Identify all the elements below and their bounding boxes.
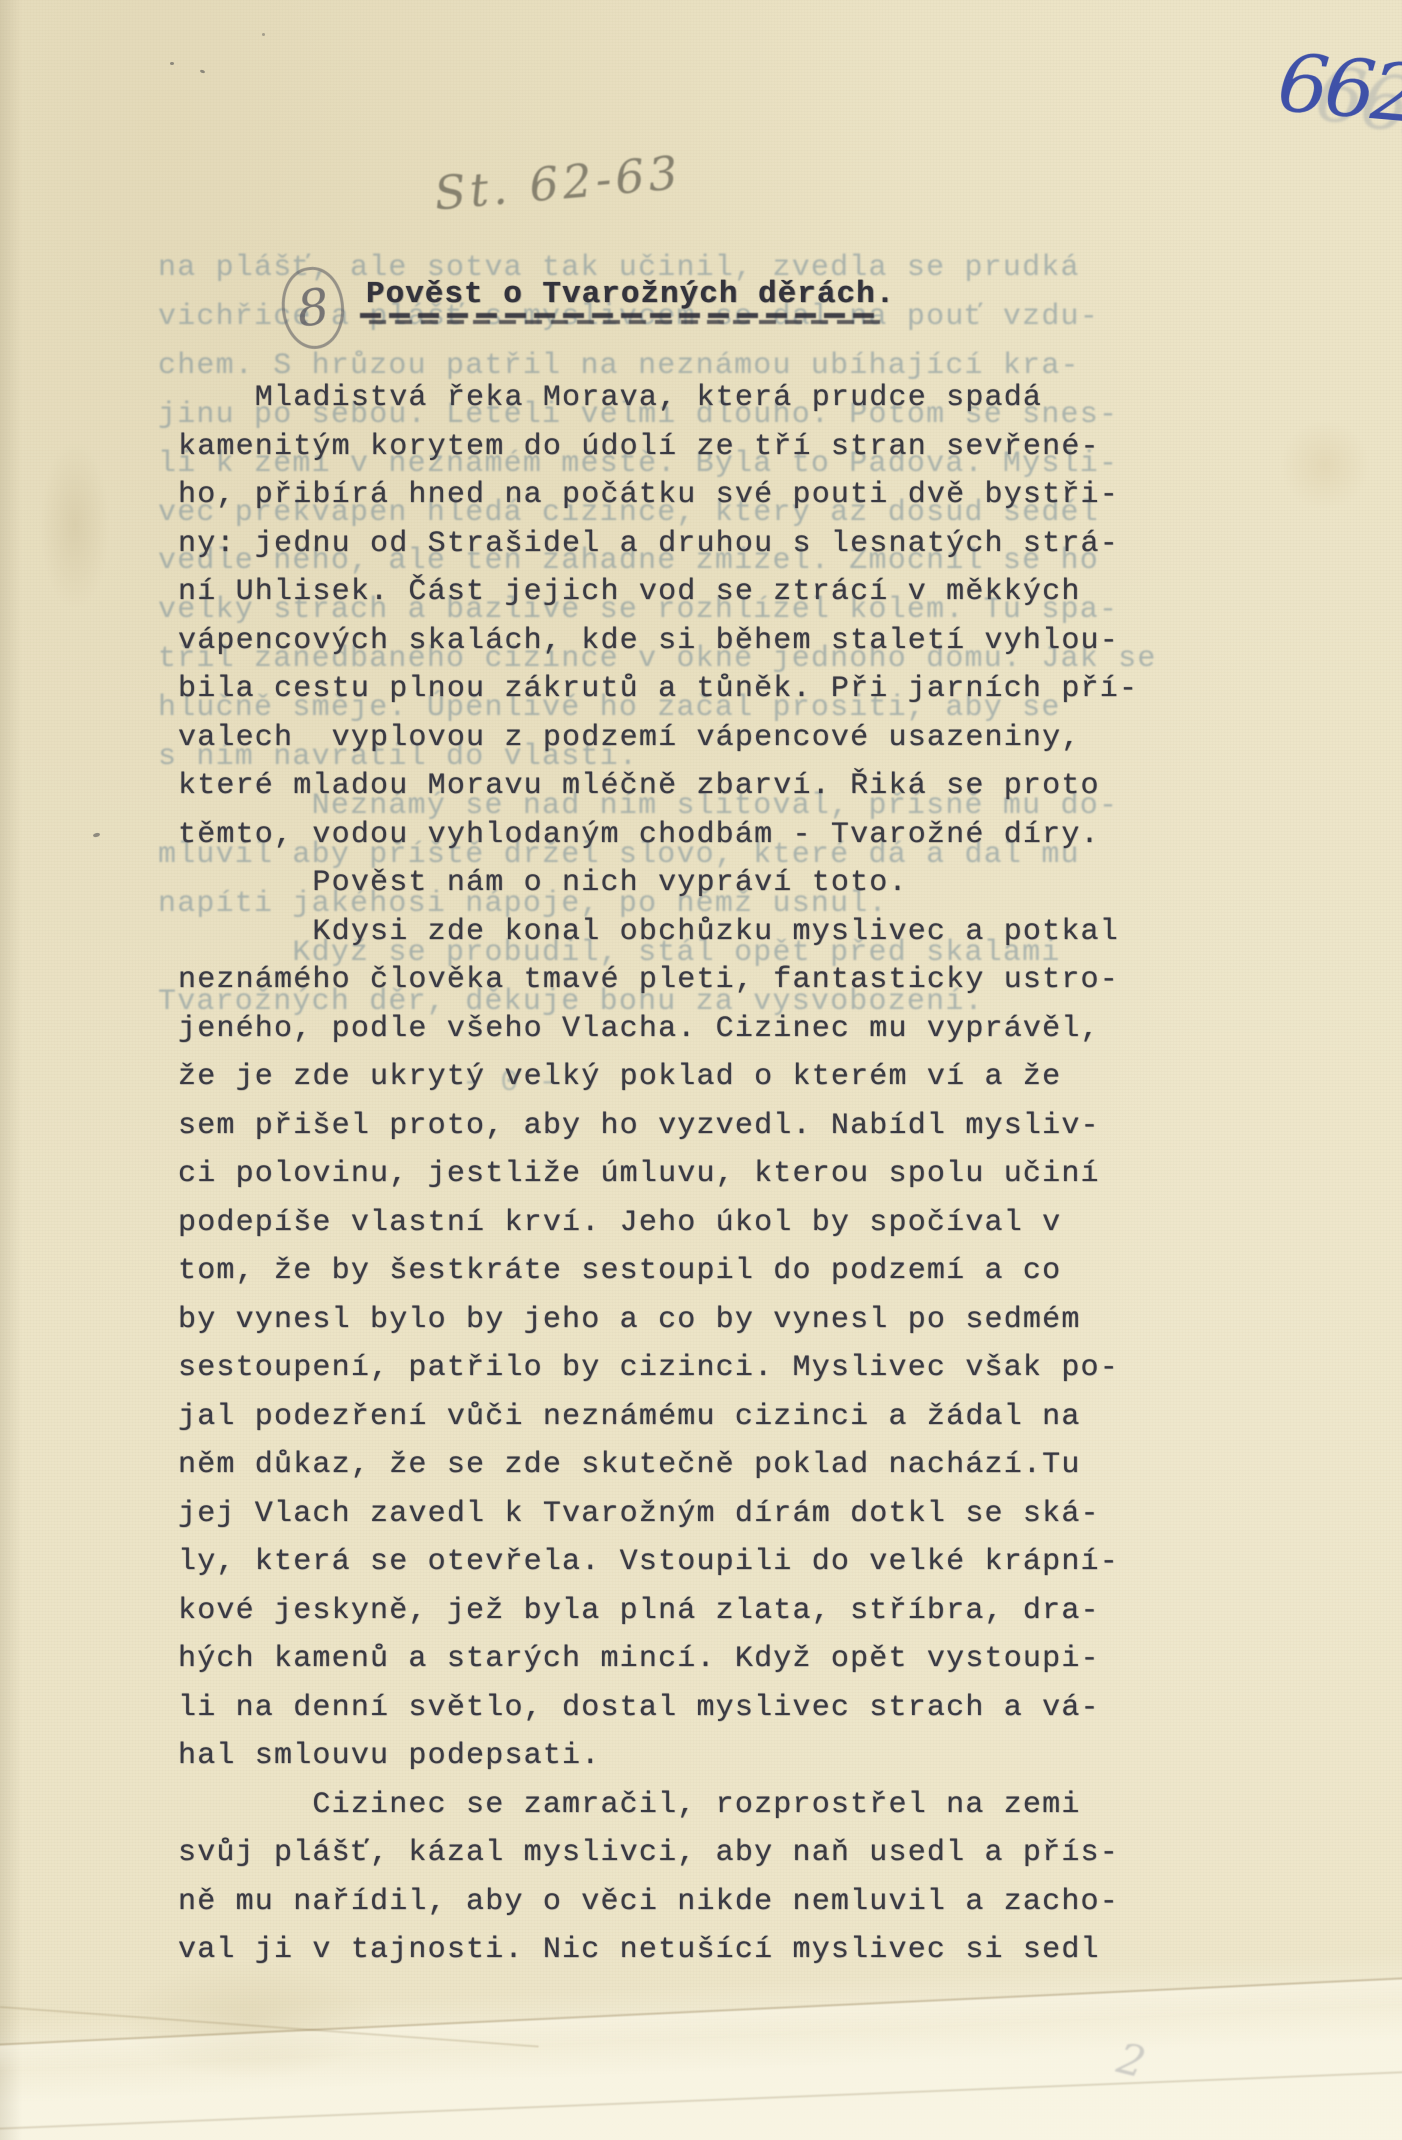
document-page: na plášť, ale sotva tak učinil, zvedla s…: [0, 0, 1402, 2140]
paper-speck: [200, 69, 206, 74]
chapter-number: 8: [294, 277, 333, 338]
paper-stain: [40, 440, 110, 610]
bottom-pencil-squiggle: 2: [1112, 2033, 1150, 2087]
title-underline: [360, 313, 880, 327]
paper-speck: [93, 832, 101, 838]
paper-stain: [1280, 420, 1370, 510]
document-title: Pověst o Tvarožných děrách.: [366, 277, 895, 312]
corner-number-pen: 662: [1274, 36, 1402, 141]
typewritten-body: Mladistvá řeka Morava, která prudce spad…: [178, 374, 1138, 1975]
paper-crease: [0, 2070, 1402, 2130]
paper-speck: [170, 62, 174, 65]
handwritten-page-ref: St. 62-63: [432, 145, 684, 220]
paper-speck: [262, 33, 265, 36]
paper-crease: [0, 1976, 1402, 2046]
